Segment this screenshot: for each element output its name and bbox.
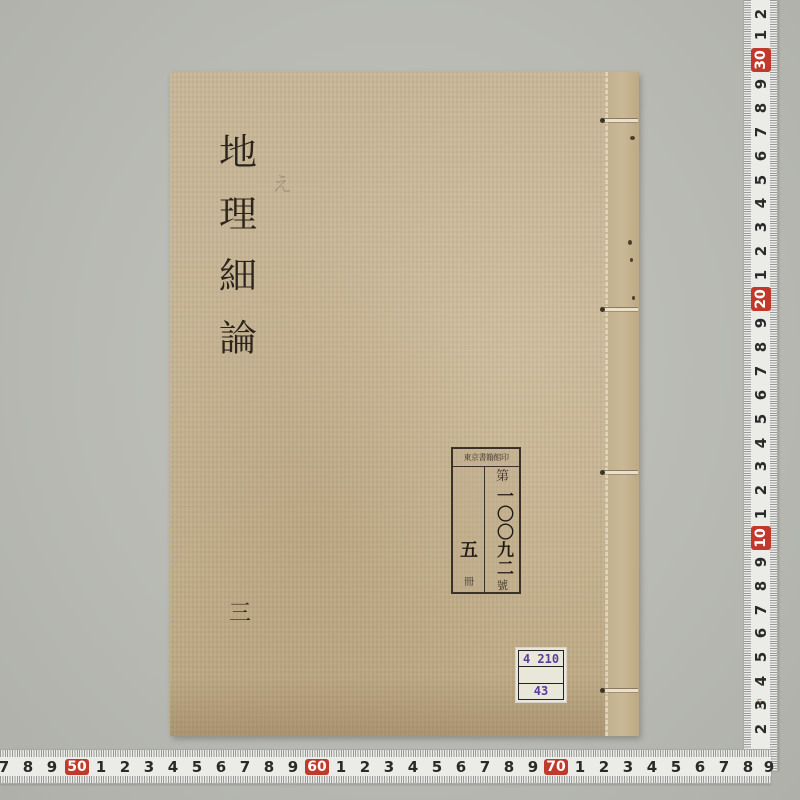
ruler-label: 8 xyxy=(751,578,771,594)
title-char: 理 xyxy=(219,195,257,233)
ruler-label: 5 xyxy=(751,411,771,427)
ruler-label: 4 xyxy=(403,759,423,775)
ruler-label: 9 xyxy=(283,759,303,775)
ruler-label: 1 xyxy=(570,759,590,775)
ruler-label: 3 xyxy=(751,219,771,235)
stamp-number: 一〇〇九二 xyxy=(493,487,512,577)
ruler-label: 9 xyxy=(751,315,771,331)
ruler-label: 6 xyxy=(751,387,771,403)
cover-stain xyxy=(170,676,639,736)
ruler-label: 7 xyxy=(235,759,255,775)
ruler-label: 2 xyxy=(115,759,135,775)
ruler-label: 8 xyxy=(259,759,279,775)
ruler-label: 9 xyxy=(751,76,771,92)
faint-handwritten-mark: え xyxy=(272,168,292,197)
ruler-label: 7 xyxy=(0,759,14,775)
ruler-label: 2 xyxy=(355,759,375,775)
ruler-label: 1 xyxy=(751,267,771,283)
ruler-label: 6 xyxy=(451,759,471,775)
ruler-label: 9 xyxy=(759,759,779,775)
ruler-label: 30 xyxy=(751,48,771,72)
binding-stitch xyxy=(604,688,638,692)
ruler-label: 3 xyxy=(751,458,771,474)
vertical-ruler: 1m 2130987654321209876543211098765432 xyxy=(743,0,778,771)
ruler-label: 4 xyxy=(751,673,771,689)
ruler-label: 5 xyxy=(187,759,207,775)
ruler-label: 8 xyxy=(18,759,38,775)
stamp-header: 東京書籍館印 xyxy=(453,449,519,467)
ruler-label: 8 xyxy=(499,759,519,775)
ruler-ticks xyxy=(0,750,771,757)
ruler-label: 6 xyxy=(211,759,231,775)
ruler-label: 2 xyxy=(751,6,771,22)
ruler-label: 5 xyxy=(666,759,686,775)
ruler-label: 1 xyxy=(751,27,771,43)
ruler-label: 4 xyxy=(751,195,771,211)
ruler-ticks xyxy=(0,776,771,783)
binding-spine xyxy=(605,72,639,736)
book-title: 地 理 細 論 xyxy=(210,132,266,358)
title-char: 地 xyxy=(219,133,257,171)
ruler-label: 7 xyxy=(751,363,771,379)
ruler-label: 5 xyxy=(427,759,447,775)
ruler-label: 1 xyxy=(91,759,111,775)
ruler-label: 9 xyxy=(751,554,771,570)
ruler-label: 8 xyxy=(751,339,771,355)
wormhole xyxy=(632,296,635,300)
ruler-label: 70 xyxy=(544,759,568,775)
ruler-label: 10 xyxy=(751,526,771,550)
ruler-label: 2 xyxy=(751,721,771,737)
ruler-label: 2 xyxy=(594,759,614,775)
ruler-label: 2 xyxy=(751,243,771,259)
ruler-label: 7 xyxy=(475,759,495,775)
wormhole xyxy=(628,240,632,245)
ruler-label: 7 xyxy=(751,602,771,618)
ruler-label: 5 xyxy=(751,172,771,188)
title-char: 細 xyxy=(219,257,257,295)
stamp-volume: 五 xyxy=(455,541,483,561)
ruler-label: 3 xyxy=(618,759,638,775)
wormhole xyxy=(630,136,635,140)
ruler-label: 5 xyxy=(751,649,771,665)
ruler-label: 8 xyxy=(751,100,771,116)
ruler-label: 1 xyxy=(751,506,771,522)
horizontal-ruler: 789501234567896012345678970123456789 xyxy=(0,749,771,784)
call-number-row xyxy=(519,667,563,683)
ruler-label: 4 xyxy=(642,759,662,775)
call-number-label: 4 210 43 xyxy=(515,647,567,703)
binding-fold-line xyxy=(605,72,608,736)
ruler-label: 9 xyxy=(523,759,543,775)
ruler-label: 3 xyxy=(379,759,399,775)
call-number-row: 43 xyxy=(519,684,563,699)
ruler-label: 7 xyxy=(751,124,771,140)
ruler-label: 6 xyxy=(690,759,710,775)
ruler-label: 8 xyxy=(738,759,758,775)
stamp-divider xyxy=(484,467,485,593)
ruler-label: 50 xyxy=(65,759,89,775)
ruler-label: 9 xyxy=(42,759,62,775)
call-number-row: 4 210 xyxy=(519,651,563,667)
ruler-label: 4 xyxy=(751,435,771,451)
binding-stitch xyxy=(604,118,638,122)
ruler-label: 3 xyxy=(139,759,159,775)
title-char: 論 xyxy=(219,319,257,357)
library-stamp: 東京書籍館印 第 一〇〇九二 號 五 冊 xyxy=(451,447,521,594)
ruler-label: 3 xyxy=(751,697,771,713)
ruler-ticks xyxy=(770,0,777,771)
stamp-satsu: 冊 xyxy=(455,573,483,588)
stamp-go: 號 xyxy=(497,579,508,592)
binding-stitch xyxy=(604,470,638,474)
volume-number: 三 xyxy=(229,596,251,627)
ruler-label: 6 xyxy=(751,625,771,641)
stamp-dai: 第 xyxy=(496,469,509,485)
binding-stitch xyxy=(604,307,638,311)
ruler-label: 20 xyxy=(751,287,771,311)
ruler-ticks xyxy=(744,0,751,771)
ruler-label: 2 xyxy=(751,482,771,498)
ruler-label: 1 xyxy=(331,759,351,775)
ruler-label: 4 xyxy=(163,759,183,775)
ruler-label: 6 xyxy=(751,148,771,164)
ruler-label: 7 xyxy=(714,759,734,775)
ruler-label: 60 xyxy=(305,759,329,775)
wormhole xyxy=(630,258,633,262)
